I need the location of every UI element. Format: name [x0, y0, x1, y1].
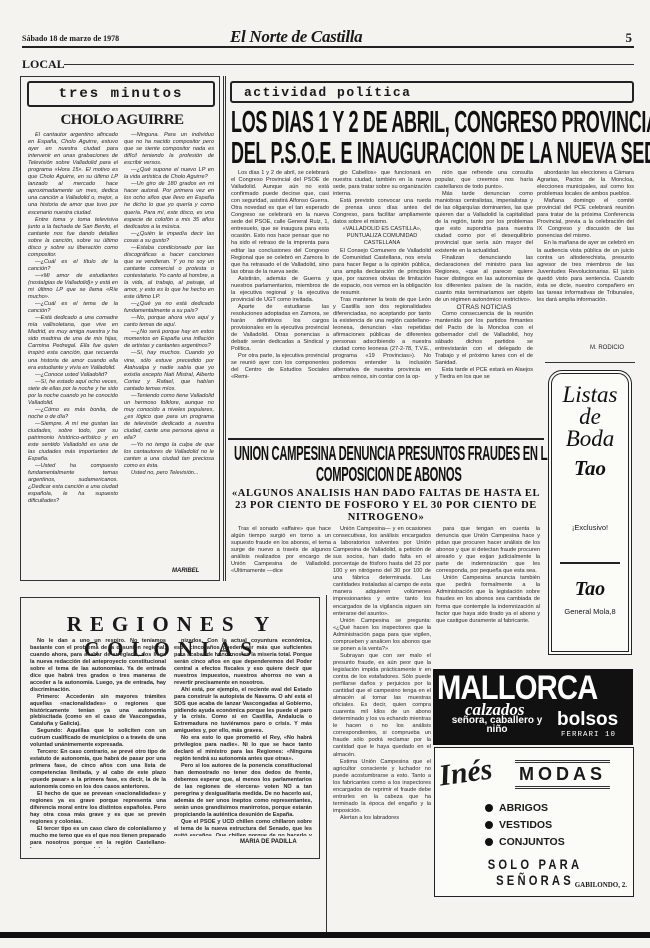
- section-row: LOCAL: [22, 57, 634, 71]
- union-column-3: para que tengan en cuenta la denuncia qu…: [436, 526, 540, 666]
- mallorca-ad: MALLORCA calzados señora, caballero y ni…: [433, 669, 633, 745]
- paragraph: —¿No será porque hay en estos momentos e…: [124, 329, 214, 350]
- tao-logo-bottom: Tao: [560, 562, 620, 601]
- paragraph: Primero: Accederán sin mayores trámites …: [30, 694, 166, 729]
- subheading: «VALLADOLID ES CASTILLA», PUNTUALIZA COM…: [333, 226, 431, 247]
- union-rule: [228, 438, 544, 440]
- psoe-column-3: nión que refrende una consulta popular, …: [435, 170, 533, 436]
- subheading: OTRAS NOTICIAS: [435, 304, 533, 311]
- regiones-column-2: nizados. Con la actual coyuntura económi…: [174, 638, 312, 836]
- paragraph: —Sí, hay muchos. Cuando yo vine, sólo es…: [124, 350, 214, 392]
- ad-address: General Mola,8: [552, 607, 628, 616]
- union-headline-line-2: COMPOSICION DE ABONOS: [316, 464, 462, 486]
- paragraph: El Consejo Comunero de Valladolid de Com…: [333, 248, 431, 297]
- exclusivo-label: ¡Exclusivo!: [552, 523, 628, 532]
- bullet-icon: [485, 821, 493, 829]
- regiones-column-1: No le dan a uno un respiro. No teníamos …: [30, 638, 166, 848]
- paragraph: Unión Campesina— y en ocasiones consecut…: [333, 526, 431, 618]
- paragraph: —¿Cuál es el título de la canción?: [28, 259, 118, 273]
- paragraph: —Está dedicado a una comadre mía valliso…: [28, 315, 118, 371]
- paragraph: —¿Qué supone el nuevo LP en la vida artí…: [124, 167, 214, 181]
- newspaper-title: El Norte de Castilla: [230, 27, 362, 47]
- listas-de-boda-ad: Listas de Boda Tao ¡Exclusivo! Tao Gener…: [548, 370, 632, 655]
- column-divider: [326, 595, 327, 935]
- ines-script: Inés: [437, 752, 495, 793]
- ines-modas-ad: Inés MODAS ABRIGOS VESTIDOS CONJUNTOS SO…: [434, 747, 634, 897]
- union-column-2: Unión Campesina— y en ocasiones consecut…: [333, 526, 431, 938]
- paragraph: —Estaba condicionado por las discográfic…: [124, 245, 214, 301]
- ines-item-label: CONJUNTOS: [499, 836, 565, 848]
- paragraph: —Yo no tengo la culpa de que los cantaut…: [124, 442, 214, 470]
- column-divider: [223, 76, 226, 581]
- paragraph: Más tarde denuncian como maniobras centr…: [435, 191, 533, 254]
- paragraph: Está previsto convocar una rueda de pren…: [333, 198, 431, 226]
- ad-address: FERRARI 10: [561, 731, 616, 739]
- page-bottom-edge: [0, 932, 650, 938]
- ad-script-line: Listas: [552, 384, 628, 406]
- paragraph: Mañana domingo el comité provincial del …: [537, 198, 634, 240]
- paragraph: —No, porque ahora vivo aquí y canto tema…: [124, 315, 214, 329]
- paragraph: No le dan a uno un respiro. No teníamos …: [30, 638, 166, 694]
- paragraph: Segundo: Aquéllas que lo soliciten con u…: [30, 728, 166, 749]
- column-name: tres minutos: [59, 86, 184, 102]
- paragraph: Subrayan que con ser malo el presunto fr…: [333, 653, 431, 759]
- psoe-column-1: Los días 1 y 2 de abril, se celebrará el…: [231, 170, 329, 436]
- paragraph: nizados. Con la actual coyuntura económi…: [174, 638, 312, 687]
- paragraph: No era esto lo que prometió el Rey, «No …: [174, 735, 312, 763]
- paragraph: Usted no, pero Televisión...: [124, 470, 214, 477]
- paragraph: —¿Cuál es el tema de la canción?: [28, 301, 118, 315]
- ines-item: VESTIDOS: [485, 819, 552, 831]
- ines-item-label: ABRIGOS: [499, 802, 548, 814]
- byline: MARIBEL: [172, 568, 199, 574]
- column-name: actividad política: [244, 85, 411, 100]
- bullet-icon: [485, 804, 493, 812]
- paragraph: Pero si los autores de la ponencia const…: [174, 763, 312, 819]
- article-title: CHOLO AGUIRRE: [28, 112, 216, 129]
- audience-label: señora, caballero y niño: [447, 716, 547, 734]
- paragraph: Los días 1 y 2 de abril, se celebrará el…: [231, 170, 329, 276]
- paragraph: —Usted ha compuesto fundamentalmente tem…: [28, 463, 118, 505]
- modas-label: MODAS: [515, 760, 610, 789]
- paragraph: Aparte de estudiarse las resoluciones ad…: [231, 304, 329, 353]
- union-headline-line-1: UNION CAMPESINA DENUNCIA PRESUNTOS FRAUD…: [234, 443, 555, 465]
- paragraph: Tras el sonado «affaire» que hace algún …: [231, 526, 331, 575]
- paragraph: —¿Cómo es más bonita, de noche o de día?: [28, 407, 118, 421]
- article-column-2: —Ninguna. Para un individuo que no ha na…: [124, 132, 214, 552]
- paragraph: Unión Campesina se pregunta: «¿Qué hacen…: [333, 618, 431, 653]
- tao-logo: Tao: [552, 456, 628, 481]
- paragraph: El cantautor argentino afincado en Españ…: [28, 132, 118, 217]
- ines-item: CONJUNTOS: [485, 836, 565, 848]
- masthead: Sábado 18 de marzo de 1978 El Norte de C…: [22, 26, 634, 48]
- byline: M. RODICIO: [590, 345, 624, 351]
- paragraph: Que el PSOE y UCD chillen como chillaron…: [174, 819, 312, 836]
- bullet-icon: [485, 838, 493, 846]
- paragraph: —Ninguna. Para un individuo que no ha na…: [124, 132, 214, 167]
- paragraph: En la mañana de ayer se celebró en la au…: [537, 240, 634, 303]
- ines-item: ABRIGOS: [485, 802, 548, 814]
- byline: MARIA DE PADILLA: [240, 839, 297, 845]
- paragraph: Unión Campesina anuncia también que pedi…: [436, 575, 540, 624]
- paragraph: —Sí, he estado aquí ocho veces, siete de…: [28, 379, 118, 407]
- paragraph: Por otra parte, la ejecutiva provincial …: [231, 353, 329, 381]
- headline-line-1: LOS DIAS 1 Y 2 DE ABRIL, CONGRESO PROVIN…: [231, 106, 650, 137]
- paragraph: —«Mi amor de estudiantes (nostalgias de …: [28, 273, 118, 301]
- ines-item-label: VESTIDOS: [499, 819, 552, 831]
- paragraph: —Teniendo como tiene Valladolid un hermo…: [124, 393, 214, 442]
- paragraph: Ahí está, por ejemplo, el reciente aval …: [174, 687, 312, 736]
- paragraph: Finalizan denunciando las declaraciones …: [435, 255, 533, 304]
- paragraph: Tras mantener la tesis de que León y Cas…: [333, 297, 431, 382]
- paragraph: —¿Conoce usted Valladolid?: [28, 372, 118, 379]
- union-column-1: Tras el sonado «affaire» que hace algún …: [231, 526, 331, 586]
- paragraph: Entre toma y toma televisiva junto a la …: [28, 217, 118, 259]
- page-number: 5: [626, 30, 633, 46]
- paragraph: Como consecuencia de la reunión mantenid…: [435, 311, 533, 367]
- paragraph: Asistirán, además de Guerra y nuestros p…: [231, 276, 329, 304]
- paragraph: abordarán las elecciones a Cámara Agrari…: [537, 170, 634, 198]
- ad-script-line: Boda: [552, 428, 628, 450]
- tao-logo: Tao: [560, 578, 620, 601]
- paragraph: —¿Quién le impedía decir las cosas a su …: [124, 231, 214, 245]
- bolsos-label: bolsos: [557, 709, 618, 731]
- article-column-1: El cantautor argentino afincado en Españ…: [28, 132, 118, 572]
- paragraph: Tercero: En caso contrario, se prevé otr…: [30, 749, 166, 791]
- tres-minutos-header: tres minutos: [27, 81, 215, 107]
- paragraph: Esta tarde el PCE estará en Alaejos y Ti…: [435, 367, 533, 381]
- paragraph: Alertan a los labradores: [333, 815, 431, 822]
- paragraph: para que tengan en cuenta la denuncia qu…: [436, 526, 540, 575]
- union-subheadline: «ALGUNOS ANALISIS HAN DADO FALTAS DE HAS…: [230, 488, 542, 524]
- ad-rule: [545, 362, 635, 363]
- section-label: LOCAL: [22, 57, 65, 72]
- ad-address: GABILONDO, 2.: [575, 881, 627, 889]
- paragraph: —Siempre. A mí me gustan las ciudades, s…: [28, 421, 118, 463]
- issue-date: Sábado 18 de marzo de 1978: [22, 34, 119, 43]
- paragraph: —Un giro de 180 grados en mi hacer autor…: [124, 181, 214, 230]
- paragraph: gio Cabellos» que funcionará en nuestra …: [333, 170, 431, 198]
- actividad-politica-header: actividad política: [230, 81, 634, 103]
- paragraph: Estima Unión Campesina que el agricultor…: [333, 759, 431, 815]
- psoe-column-4: abordarán las elecciones a Cámara Agrari…: [537, 170, 634, 340]
- paragraph: El hecho de que se prevean «nacionalidad…: [30, 791, 166, 826]
- section-rule: [64, 64, 634, 65]
- paragraph: —¿Qué ya no está dedicado fundamentalmen…: [124, 301, 214, 315]
- headline-line-2: DEL P.S.O.E. E INAUGURACION DE LA NUEVA …: [231, 137, 650, 168]
- psoe-column-2: gio Cabellos» que funcionará en nuestra …: [333, 170, 431, 436]
- paragraph: nión que refrende una consulta popular, …: [435, 170, 533, 191]
- paragraph: El tercer tipo es un caso claro de colon…: [30, 826, 166, 848]
- ad-script-line: de: [552, 406, 628, 428]
